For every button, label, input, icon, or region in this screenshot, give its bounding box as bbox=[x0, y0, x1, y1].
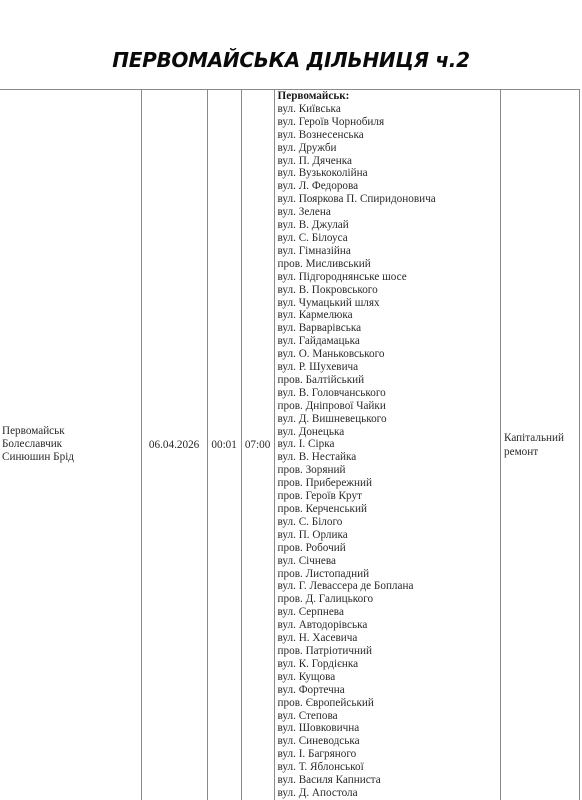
street-item: пров. Листопадний bbox=[278, 568, 498, 581]
street-item: вул. Київська bbox=[278, 103, 498, 116]
date-cell: 06.04.2026 bbox=[141, 90, 207, 800]
street-item: пров. Прибережний bbox=[278, 477, 498, 490]
street-item: вул. Пояркова П. Спиридоновича bbox=[278, 193, 498, 206]
street-list: вул. Київськавул. Героїв Чорнобилявул. В… bbox=[278, 103, 498, 800]
street-item: вул. І. Сірка bbox=[278, 438, 498, 451]
street-item: вул. Гайдамацька bbox=[278, 335, 498, 348]
street-item: вул. Вузькоколійна bbox=[278, 167, 498, 180]
street-item: вул. О. Маньковського bbox=[278, 348, 498, 361]
street-item: вул. Г. Левассера де Боплана bbox=[278, 580, 498, 593]
street-item: вул. Н. Хасевича bbox=[278, 632, 498, 645]
streets-cell: Первомайськ: вул. Київськавул. Героїв Чо… bbox=[274, 90, 501, 800]
street-item: вул. Серпнева bbox=[278, 606, 498, 619]
street-item: вул. Вознесенська bbox=[278, 129, 498, 142]
street-item: пров. Балтійський bbox=[278, 374, 498, 387]
street-item: вул. В. Нестайка bbox=[278, 451, 498, 464]
street-item: вул. Автодорівська bbox=[278, 619, 498, 632]
street-item: вул. Гімназійна bbox=[278, 245, 498, 258]
page-title: ПЕРВОМАЙСЬКА ДІЛЬНИЦЯ ч.2 bbox=[0, 48, 582, 72]
street-item: вул. Кармелюка bbox=[278, 309, 498, 322]
street-item: вул. Д. Вишневецького bbox=[278, 413, 498, 426]
street-item: пров. Керченський bbox=[278, 503, 498, 516]
street-item: пров. Дніпрової Чайки bbox=[278, 400, 498, 413]
street-item: вул. В. Покровського bbox=[278, 284, 498, 297]
street-item: пров. Європейський bbox=[278, 697, 498, 710]
street-item: вул. К. Гордієнка bbox=[278, 658, 498, 671]
street-item: вул. П. Орлика bbox=[278, 529, 498, 542]
time-from-cell: 00:01 bbox=[207, 90, 241, 800]
street-item: пров. Зоряний bbox=[278, 464, 498, 477]
street-item: вул. Січнева bbox=[278, 555, 498, 568]
street-item: вул. Чумацький шлях bbox=[278, 297, 498, 310]
street-item: вул. Підгороднянське шосе bbox=[278, 271, 498, 284]
street-item: пров. Д. Галицького bbox=[278, 593, 498, 606]
settlement: Синюшин Брід bbox=[2, 451, 138, 464]
street-item: вул. Фортечна bbox=[278, 684, 498, 697]
street-item: вул. Дружби bbox=[278, 142, 498, 155]
street-item: вул. В. Головчанського bbox=[278, 387, 498, 400]
street-item: вул. І. Багряного bbox=[278, 748, 498, 761]
street-item: вул. Василя Капниста bbox=[278, 774, 498, 787]
street-item: пров. Робочий bbox=[278, 542, 498, 555]
street-item: вул. Донецька bbox=[278, 426, 498, 439]
street-item: вул. С. Білого bbox=[278, 516, 498, 529]
street-item: пров. Героїв Крут bbox=[278, 490, 498, 503]
streets-header: Первомайськ: bbox=[278, 90, 498, 103]
street-item: вул. Т. Яблонської bbox=[278, 761, 498, 774]
street-item: вул. Шовковична bbox=[278, 722, 498, 735]
table-row: Первомайськ Болеславчик Синюшин Брід 06.… bbox=[0, 90, 580, 800]
street-item: вул. В. Джулай bbox=[278, 219, 498, 232]
street-item: вул. Л. Федорова bbox=[278, 180, 498, 193]
street-item: вул. Героїв Чорнобиля bbox=[278, 116, 498, 129]
street-item: вул. Степова bbox=[278, 710, 498, 723]
street-item: вул. Синеводська bbox=[278, 735, 498, 748]
outage-schedule-table: Первомайськ Болеславчик Синюшин Брід 06.… bbox=[0, 89, 580, 800]
street-item: вул. Д. Апостола bbox=[278, 787, 498, 800]
street-item: вул. Кущова bbox=[278, 671, 498, 684]
street-item: пров. Патріотичний bbox=[278, 645, 498, 658]
street-item: вул. Варварівська bbox=[278, 322, 498, 335]
street-item: вул. Р. Шухевича bbox=[278, 361, 498, 374]
settlement: Первомайськ bbox=[2, 425, 138, 438]
street-item: пров. Мисливський bbox=[278, 258, 498, 271]
street-item: вул. С. Білоуса bbox=[278, 232, 498, 245]
street-item: вул. Зелена bbox=[278, 206, 498, 219]
settlements-cell: Первомайськ Болеславчик Синюшин Брід bbox=[0, 90, 141, 800]
work-type-cell: Капітальний ремонт bbox=[501, 90, 580, 800]
time-to-cell: 07:00 bbox=[241, 90, 274, 800]
street-item: вул. П. Дяченка bbox=[278, 155, 498, 168]
settlement: Болеславчик bbox=[2, 438, 138, 451]
